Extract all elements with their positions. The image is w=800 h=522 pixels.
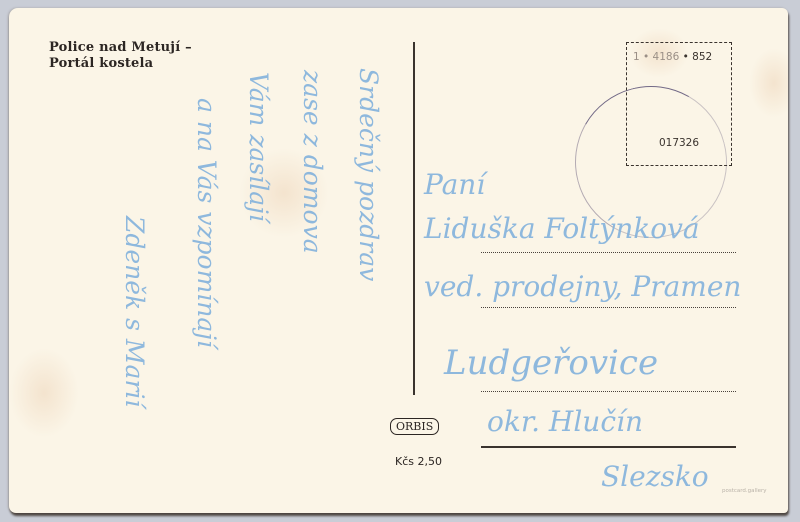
postcard-caption: Police nad Metují – Portál kostela bbox=[49, 40, 192, 72]
address-workplace: ved. prodejny, Pramen bbox=[424, 270, 741, 303]
watermark: postcard.gallery bbox=[722, 488, 767, 494]
center-divider bbox=[413, 42, 415, 395]
stamp-code: 1 • 4186 • 852 bbox=[633, 51, 712, 63]
address-line-1 bbox=[481, 252, 736, 253]
price-label: Kčs 2,50 bbox=[395, 455, 442, 468]
address-city: Ludgeřovice bbox=[444, 343, 658, 383]
address-region: Slezsko bbox=[601, 460, 709, 493]
postcard-back: Police nad Metují – Portál kostela 1 • 4… bbox=[9, 8, 788, 513]
publisher-logo: ORBIS bbox=[390, 418, 439, 435]
paper-stain bbox=[9, 348, 79, 438]
caption-subject: Portál kostela bbox=[49, 56, 192, 72]
message-line-1: Srdečný pozdrav bbox=[354, 68, 383, 281]
stamp-box: 1 • 4186 • 852 017326 bbox=[626, 42, 732, 166]
paper-stain bbox=[749, 48, 788, 118]
address-name: Liduška Foltýnková bbox=[424, 212, 700, 245]
stamp-code-faded: 1 • 4186 bbox=[633, 51, 679, 63]
message-line-2: zase z domova bbox=[298, 70, 327, 254]
address-salutation: Paní bbox=[424, 168, 485, 201]
message-line-3: Vám zasílají bbox=[244, 72, 273, 222]
message-line-4: a na Vás vzpomínají bbox=[192, 98, 221, 348]
stamp-serial: 017326 bbox=[627, 137, 731, 149]
address-line-3 bbox=[481, 391, 736, 392]
caption-place: Police nad Metují – bbox=[49, 40, 192, 56]
address-district: okr. Hlučín bbox=[487, 405, 643, 438]
message-line-5: Zdeněk s Marií bbox=[120, 216, 149, 407]
address-line-4 bbox=[481, 446, 736, 448]
address-line-2 bbox=[481, 307, 736, 308]
stamp-code-main: • 852 bbox=[679, 51, 712, 63]
